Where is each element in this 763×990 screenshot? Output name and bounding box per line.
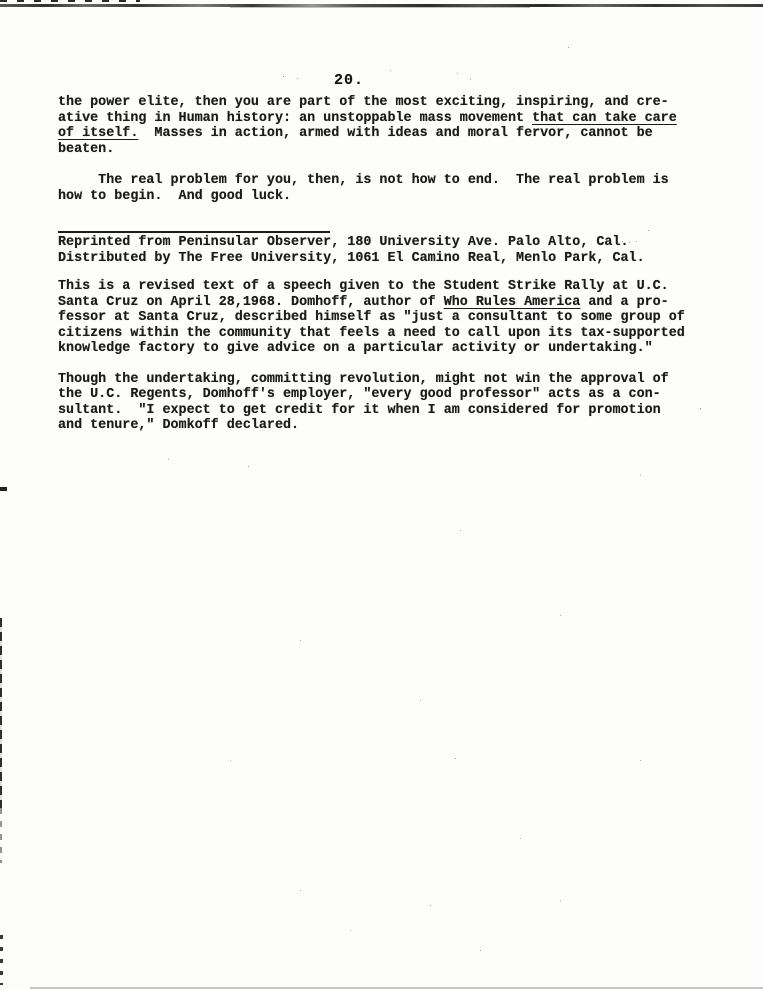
scanned-document-page: 20. the power elite, then you are part o… xyxy=(0,0,763,990)
underlined-text: that can take care xyxy=(532,111,677,126)
text-line: the U.C. Regents, Domhoff's employer, "e… xyxy=(58,387,718,403)
scan-noise-specks xyxy=(0,0,1,1)
text-segment: Reprinted from Peninsular Observer, 180 … xyxy=(58,235,629,250)
text-segment: beaten. xyxy=(58,142,114,157)
text-segment: how to begin. And good luck. xyxy=(58,189,291,204)
text-segment: fessor at Santa Cruz, described himself … xyxy=(58,310,685,325)
text-line: The real problem for you, then, is not h… xyxy=(58,173,718,189)
footnote-separator-line xyxy=(58,231,330,233)
text-line: knowledge factory to give advice on a pa… xyxy=(58,341,718,357)
text-segment: the power elite, then you are part of th… xyxy=(58,95,669,110)
text-line: of itself. Masses in action, armed with … xyxy=(58,126,718,142)
text-segment: and tenure," Domkoff declared. xyxy=(58,418,299,433)
text-segment: Masses in action, armed with ideas and m… xyxy=(138,126,652,141)
paragraph-3: This is a revised text of a speech given… xyxy=(58,279,718,357)
text-segment: Distributed by The Free University, 1061… xyxy=(58,251,645,266)
text-line: Santa Cruz on April 28,1968. Domhoff, au… xyxy=(58,295,718,311)
text-line: the power elite, then you are part of th… xyxy=(58,95,718,111)
paragraph-1: the power elite, then you are part of th… xyxy=(58,95,718,157)
footnote: Reprinted from Peninsular Observer, 180 … xyxy=(58,231,718,266)
scan-artifact-left-vertical-line-faint xyxy=(0,808,2,863)
scan-artifact-left-vertical-line xyxy=(0,618,2,808)
text-segment: Though the undertaking, committing revol… xyxy=(58,372,669,387)
paragraph-2: The real problem for you, then, is not h… xyxy=(58,173,718,204)
text-segment: Santa Cruz on April 28,1968. Domhoff, au… xyxy=(58,295,444,310)
document-body: the power elite, then you are part of th… xyxy=(58,95,718,434)
scan-artifact-top-dashes xyxy=(0,0,140,2)
text-segment: and a pro- xyxy=(580,295,668,310)
scan-artifact-bottom-line xyxy=(30,987,763,989)
text-line: and tenure," Domkoff declared. xyxy=(58,418,718,434)
page-number: 20. xyxy=(334,72,364,89)
text-line: beaten. xyxy=(58,142,718,158)
text-line: Distributed by The Free University, 1061… xyxy=(58,251,718,267)
text-line: fessor at Santa Cruz, described himself … xyxy=(58,310,718,326)
text-segment: citizens within the community that feels… xyxy=(58,326,685,341)
text-segment: sultant. "I expect to get credit for it … xyxy=(58,403,661,418)
text-line: Though the undertaking, committing revol… xyxy=(58,372,718,388)
scan-artifact-top-line-thin xyxy=(230,7,530,8)
scan-artifact-left-mark xyxy=(0,487,7,491)
text-line: ative thing in Human history: an unstopp… xyxy=(58,111,718,127)
text-segment: The real problem for you, then, is not h… xyxy=(58,173,669,188)
paragraph-4: Though the undertaking, committing revol… xyxy=(58,372,718,434)
text-line: Reprinted from Peninsular Observer, 180 … xyxy=(58,235,718,251)
text-segment: This is a revised text of a speech given… xyxy=(58,279,669,294)
text-line: how to begin. And good luck. xyxy=(58,189,718,205)
text-line: sultant. "I expect to get credit for it … xyxy=(58,403,718,419)
text-line: citizens within the community that feels… xyxy=(58,326,718,342)
underlined-text: Who Rules America xyxy=(444,295,581,310)
text-segment: knowledge factory to give advice on a pa… xyxy=(58,341,653,356)
underlined-text: of itself. xyxy=(58,126,138,141)
text-segment: the U.C. Regents, Domhoff's employer, "e… xyxy=(58,387,661,402)
text-segment: ative thing in Human history: an unstopp… xyxy=(58,111,532,126)
scan-artifact-bottom-left-dashes xyxy=(0,935,3,985)
text-line: This is a revised text of a speech given… xyxy=(58,279,718,295)
